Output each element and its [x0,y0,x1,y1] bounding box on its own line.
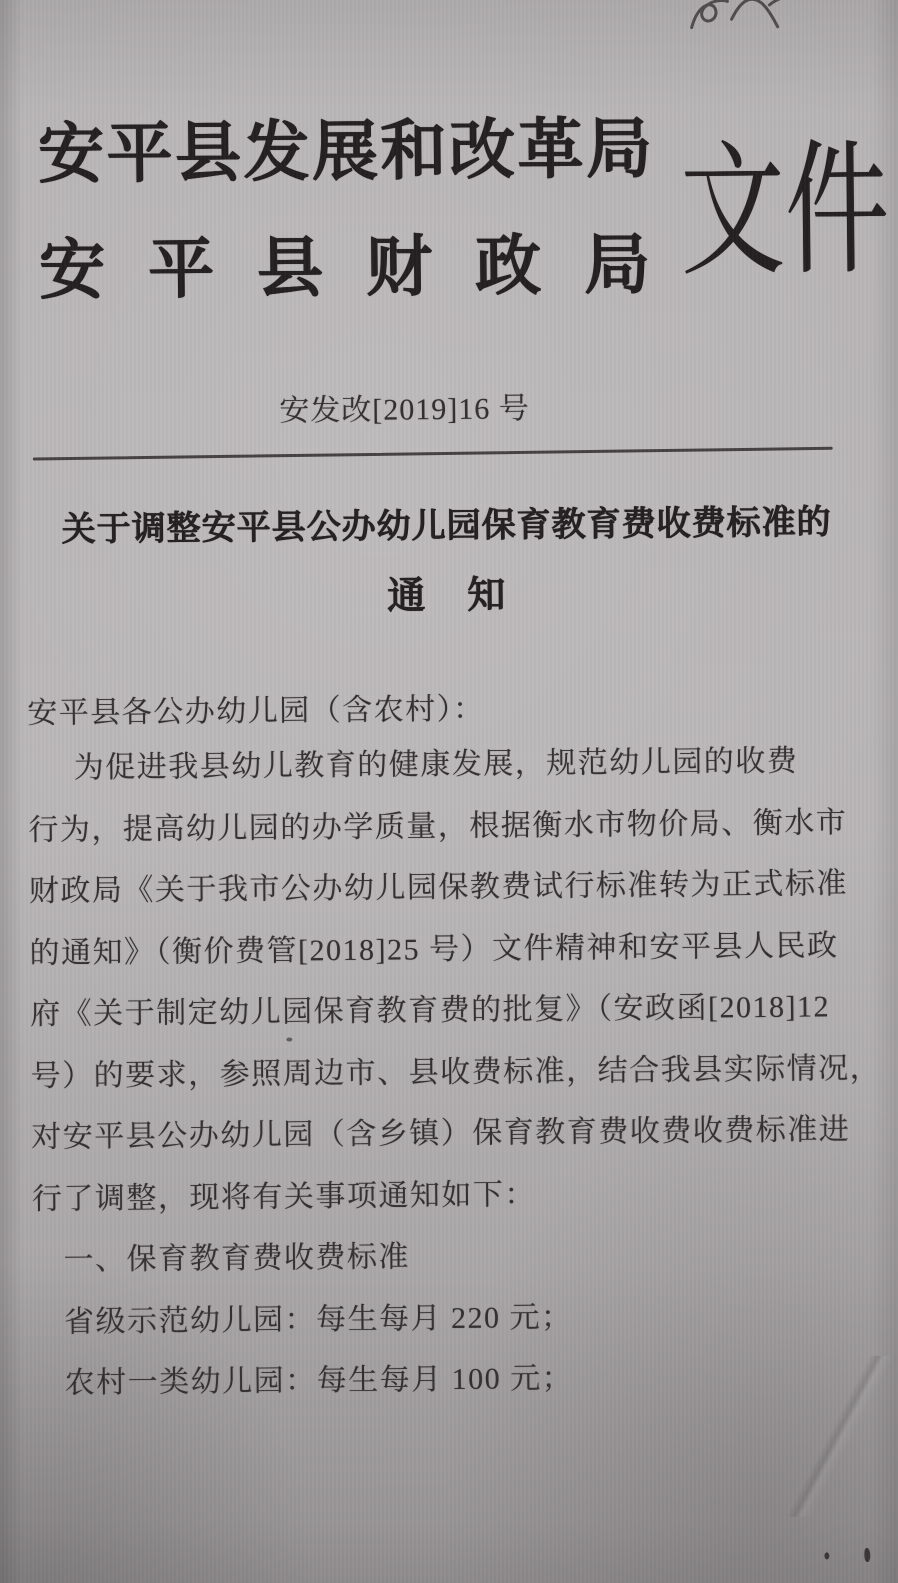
document-title-line2: 通 知 [0,560,896,624]
body-line: 的通知》（衡价费管[2018]25 号）文件精神和安平县人民政 [29,914,875,984]
salutation: 安平县各公办幼儿园（含农村）： [27,684,485,732]
separator-rule [33,447,833,461]
paper-speck [864,1548,870,1562]
scanned-document-photo: 安平县发展和改革局 安平县财政局 文件 安发改[2019]16 号 关于调整安平… [0,0,898,1583]
body-line: 行为，提高幼儿园的办学质量，根据衡水市物价局、衡水市 [28,791,874,861]
paper-speck [824,1552,829,1559]
body-line-fee-provincial: 省级示范幼儿园：每生每月 220 元； [33,1283,879,1353]
body-line-section-heading: 一、保育教育费收费标准 [32,1222,878,1292]
paper-speck [286,1038,292,1042]
issuing-agency-line1: 安平县发展和改革局 [37,110,654,195]
document-page: 安平县发展和改革局 安平县财政局 文件 安发改[2019]16 号 关于调整安平… [0,0,898,1583]
body-line: 府《关于制定幼儿园保育教育费的批复》（安政函[2018]12 [30,976,876,1046]
body-line: 为促进我县幼儿教育的健康发展，规范幼儿园的收费 [27,730,873,800]
body-line: 行了调整，现将有关事项通知如下： [32,1160,878,1230]
issuing-agency-line2: 安平县财政局 [39,226,694,311]
document-type-label: 文件 [680,136,890,290]
document-title-line1: 关于调整安平县公办幼儿园保育教育费收费标准的 [0,494,896,552]
document-number: 安发改[2019]16 号 [279,383,530,429]
body-line: 对安平县公办幼儿园（含乡镇）保育教育费收费收费标准进 [31,1099,877,1169]
body-line-fee-rural: 农村一类幼儿园：每生每月 100 元； [33,1345,879,1415]
document-body: 为促进我县幼儿教育的健康发展，规范幼儿园的收费 行为，提高幼儿园的办学质量，根据… [27,730,878,1415]
body-line: 财政局《关于我市公办幼儿园保教费试行标准转为正式标准 [29,853,875,923]
handwritten-mark-icon [685,0,805,38]
body-line: 号）的要求，参照周边市、县收费标准，结合我县实际情况， [30,1037,876,1107]
